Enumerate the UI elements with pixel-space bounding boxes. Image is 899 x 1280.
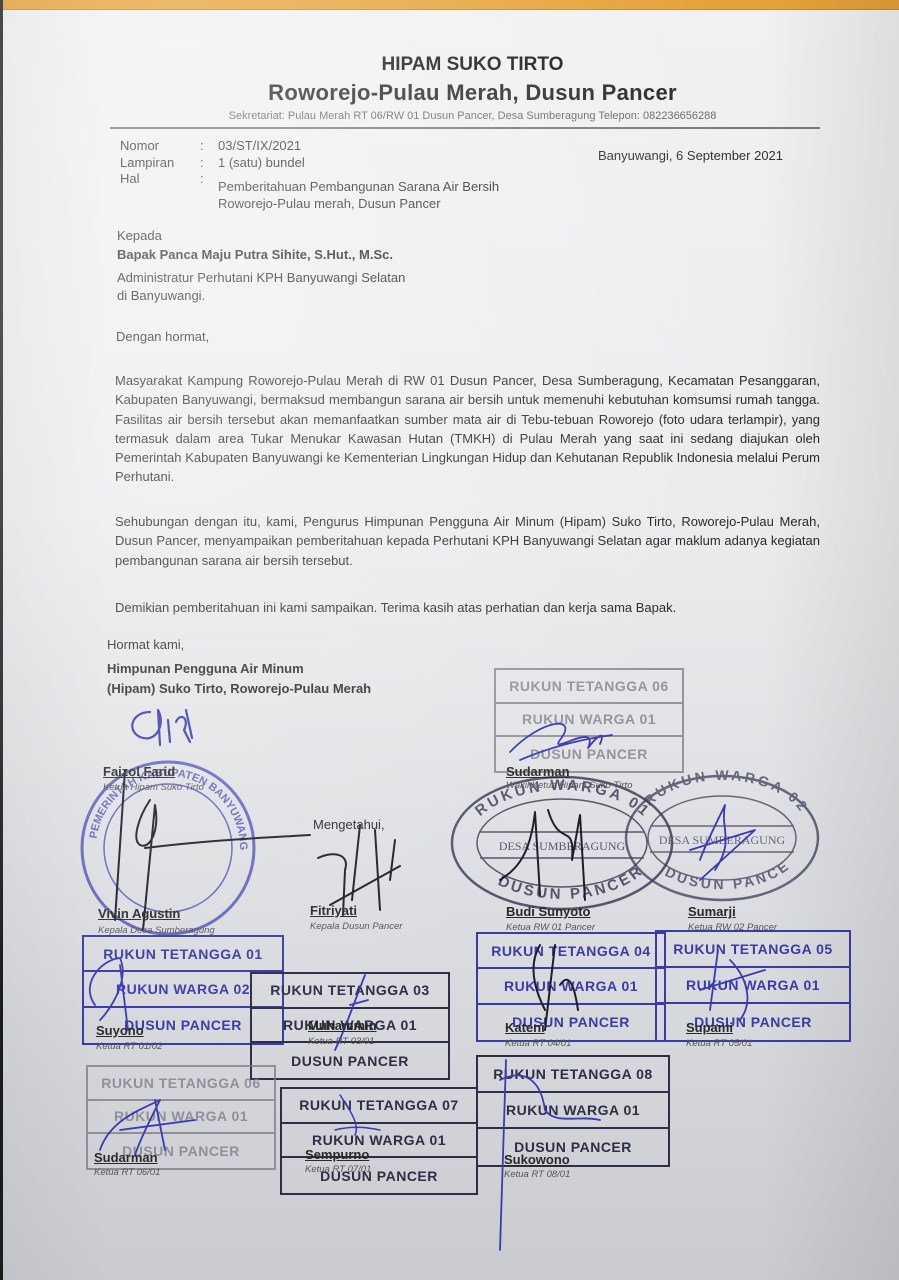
stamp-rt08: RUKUN TETANGGA 08 RUKUN WARGA 01 DUSUN P… bbox=[476, 1055, 670, 1167]
recipient-name: Bapak Panca Maju Putra Sihite, S.Hut., M… bbox=[117, 245, 393, 264]
signature-sumarji-icon bbox=[690, 805, 755, 880]
signatory-name: Sumarji bbox=[688, 904, 736, 919]
signatory-title: Ketua RT 08/01 bbox=[504, 1169, 570, 1180]
recipient-to: Kepada bbox=[117, 226, 162, 245]
stamp-line: RUKUN WARGA 01 bbox=[657, 968, 849, 1004]
signatory-name: Suyono bbox=[96, 1023, 144, 1038]
rw01-oval-seal-icon: DESA SUMBERAGUNG RUKUN WARGA 01 DUSUN PA… bbox=[452, 777, 672, 909]
folder-edge bbox=[0, 0, 899, 10]
meta-colon: : bbox=[200, 155, 204, 170]
letterhead-divider bbox=[110, 127, 820, 129]
signatory-name: Faizol Farid bbox=[103, 764, 175, 779]
meta-value-nomor: 03/ST/IX/2021 bbox=[218, 138, 301, 153]
signatory-title: Ketua Hipam Suko Tirto bbox=[103, 782, 204, 793]
signatory-title: Ketua RT 07/01 bbox=[305, 1164, 371, 1175]
acknowledged-label: Mengetahui, bbox=[313, 815, 385, 834]
signature-faizol-icon bbox=[132, 710, 192, 745]
meta-colon: : bbox=[200, 138, 204, 153]
letterhead-organization: HIPAM SUKO TIRTO bbox=[0, 54, 899, 76]
signatory-name: Supami bbox=[686, 1020, 733, 1035]
recipient-position: Administratur Perhutani KPH Banyuwangi S… bbox=[117, 268, 405, 287]
letterhead-address: Sekretariat: Pulau Merah RT 06/RW 01 Dus… bbox=[0, 110, 899, 122]
signatory-title: Ketua RT 01/02 bbox=[96, 1041, 162, 1052]
svg-text:DESA SUMBERAGUNG: DESA SUMBERAGUNG bbox=[659, 833, 786, 847]
stamp-line: RUKUN TETANGGA 07 bbox=[282, 1089, 476, 1124]
closing-org-line2: (Hipam) Suko Tirto, Roworejo-Pulau Merah bbox=[107, 679, 371, 698]
letterhead-location: Roworejo-Pulau Merah, Dusun Pancer bbox=[0, 80, 899, 106]
signatory-name: Sudarman bbox=[94, 1150, 158, 1165]
stamp-line: RUKUN TETANGGA 06 bbox=[496, 670, 682, 704]
signatory-title: Ketua RW 02 Pancer bbox=[688, 922, 777, 933]
paragraph-1: Masyarakat Kampung Roworejo-Pulau Merah … bbox=[115, 371, 820, 487]
signatory-title: Ketua RW 01 Pancer bbox=[506, 922, 595, 933]
stamp-line: RUKUN TETANGGA 03 bbox=[252, 974, 448, 1009]
stamp-line: RUKUN TETANGGA 04 bbox=[478, 934, 664, 969]
stamp-line: RUKUN WARGA 01 bbox=[478, 1093, 668, 1129]
signatory-title: Ketua RT 04/01 bbox=[505, 1038, 571, 1049]
stamp-rt06-top: RUKUN TETANGGA 06 RUKUN WARGA 01 DUSUN P… bbox=[494, 668, 684, 773]
signatory-title: Kepala Desa Sumberagung bbox=[98, 925, 215, 936]
page-edge-shadow bbox=[0, 0, 3, 1280]
paragraph-2: Sehubungan dengan itu, kami, Pengurus Hi… bbox=[115, 512, 820, 570]
signatory-name: Sempurno bbox=[305, 1147, 369, 1162]
recipient-place: di Banyuwangi. bbox=[117, 286, 205, 305]
stamp-line: RUKUN WARGA 01 bbox=[478, 969, 664, 1004]
stamp-line: RUKUN WARGA 01 bbox=[88, 1101, 274, 1135]
letter-page: HIPAM SUKO TIRTO Roworejo-Pulau Merah, D… bbox=[0, 0, 899, 1280]
signatory-name: Sudarman bbox=[506, 764, 570, 779]
svg-text:DESA SUMBERAGUNG: DESA SUMBERAGUNG bbox=[499, 839, 626, 853]
signatory-title: Ketua RT 06/01 bbox=[94, 1167, 160, 1178]
signatory-title: Ketua RT 03/01 bbox=[308, 1036, 374, 1047]
signature-fitriyati-icon bbox=[318, 825, 400, 915]
signatory-name: Vivin Agustin bbox=[98, 906, 180, 921]
meta-value-hal: Pemberitahuan Pembangunan Sarana Air Ber… bbox=[218, 179, 499, 194]
signatory-name: Muhammin bbox=[308, 1018, 377, 1033]
signatory-name: Sukowono bbox=[504, 1152, 570, 1167]
signatory-name: Fitriyati bbox=[310, 903, 357, 918]
stamp-line: DUSUN PANCER bbox=[252, 1043, 448, 1078]
meta-label-lampiran: Lampiran bbox=[120, 155, 174, 170]
signature-budi-icon bbox=[500, 810, 585, 900]
stamp-rt07: RUKUN TETANGGA 07 RUKUN WARGA 01 DUSUN P… bbox=[280, 1087, 478, 1195]
closing-org-line1: Himpunan Pengguna Air Minum bbox=[107, 659, 304, 678]
meta-label-hal: Hal bbox=[120, 171, 140, 186]
stamp-line: RUKUN WARGA 01 bbox=[496, 704, 682, 738]
svg-text:RUKUN WARGA 02: RUKUN WARGA 02 bbox=[641, 767, 813, 816]
place-date: Banyuwangi, 6 September 2021 bbox=[598, 148, 783, 163]
stamp-line: RUKUN TETANGGA 05 bbox=[657, 932, 849, 968]
paragraph-3: Demikian pemberitahuan ini kami sampaika… bbox=[115, 598, 820, 617]
signatory-name: Kateni bbox=[505, 1020, 545, 1035]
stamp-line: RUKUN TETANGGA 08 bbox=[478, 1057, 668, 1093]
signatory-title: Wakil Ketua Hipam Suko Tirto bbox=[506, 780, 632, 791]
stamp-line: RUKUN TETANGGA 01 bbox=[84, 937, 282, 972]
meta-value-hal-line2: Roworejo-Pulau merah, Dusun Pancer bbox=[218, 196, 441, 211]
greeting: Dengan hormat, bbox=[116, 327, 209, 346]
stamp-line: RUKUN TETANGGA 06 bbox=[88, 1067, 274, 1101]
stamp-rt05: RUKUN TETANGGA 05 RUKUN WARGA 01 DUSUN P… bbox=[655, 930, 851, 1042]
meta-value-lampiran: 1 (satu) bundel bbox=[218, 155, 305, 170]
closing-regards: Hormat kami, bbox=[107, 635, 184, 654]
signatory-name: Budi Sunyoto bbox=[506, 904, 591, 919]
signatory-title: Kepala Dusun Pancer bbox=[310, 921, 402, 932]
svg-text:DUSUN PANCER: DUSUN PANCER bbox=[495, 862, 647, 903]
signatory-title: Ketua RT 05/01 bbox=[686, 1038, 752, 1049]
meta-colon: : bbox=[200, 171, 204, 186]
meta-label-nomor: Nomor bbox=[120, 138, 159, 153]
